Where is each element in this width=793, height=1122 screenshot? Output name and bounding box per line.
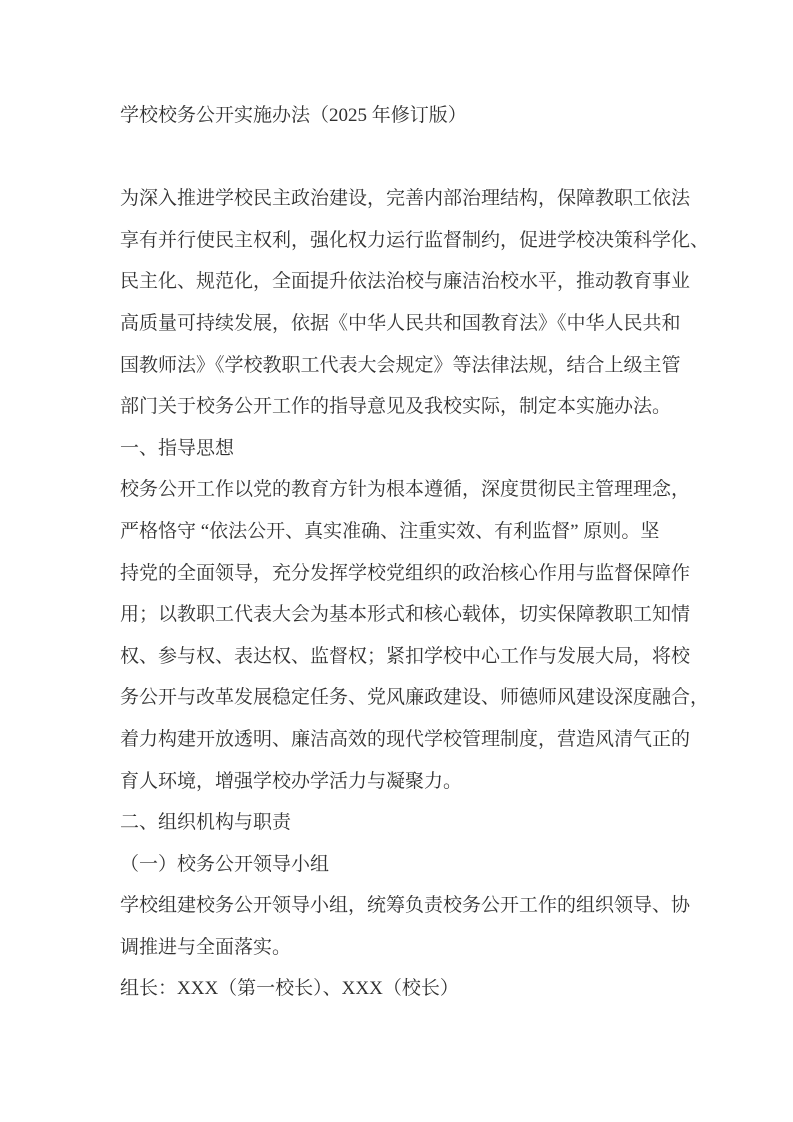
body-text-line: 权、参与权、表达权、监督权；紧扣学校中心工作与发展大局，将校	[120, 636, 720, 678]
body-text-line: 持党的全面领导，充分发挥学校党组织的政治核心作用与监督保障作	[120, 553, 720, 595]
blank-line	[120, 137, 720, 179]
body-text-line: 组长：XXX（第一校长）、XXX（校长）	[120, 968, 720, 1010]
body-text-line: 着力构建开放透明、廉洁高效的现代学校管理制度，营造风清气正的	[120, 719, 720, 761]
body-text-line: 务公开与改革发展稳定任务、党风廉政建设、师德师风建设深度融合，	[120, 677, 720, 719]
body-text-line: 用；以教职工代表大会为基本形式和核心载体，切实保障教职工知情	[120, 594, 720, 636]
document-title: 学校校务公开实施办法（2025 年修订版）	[120, 95, 720, 137]
body-text-line: 调推进与全面落实。	[120, 927, 720, 969]
section-heading: 一、指导思想	[120, 428, 720, 470]
body-text-line: 高质量可持续发展，依据《中华人民共和国教育法》《中华人民共和	[120, 303, 720, 345]
body-text-line: 学校组建校务公开领导小组，统筹负责校务公开工作的组织领导、协	[120, 885, 720, 927]
body-text-line: 享有并行使民主权利，强化权力运行监督制约，促进学校决策科学化、	[120, 220, 720, 262]
body-text-line: 为深入推进学校民主政治建设，完善内部治理结构，保障教职工依法	[120, 178, 720, 220]
body-text-line: 严格恪守 “依法公开、真实准确、注重实效、有利监督” 原则。坚	[120, 511, 720, 553]
section-heading: 二、组织机构与职责	[120, 802, 720, 844]
subsection-heading: （一）校务公开领导小组	[120, 844, 720, 886]
body-text-line: 民主化、规范化，全面提升依法治校与廉洁治校水平，推动教育事业	[120, 261, 720, 303]
document-page: 学校校务公开实施办法（2025 年修订版）为深入推进学校民主政治建设，完善内部治…	[0, 0, 793, 1122]
body-text-line: 校务公开工作以党的教育方针为根本遵循，深度贯彻民主管理理念，	[120, 469, 720, 511]
body-text-line: 部门关于校务公开工作的指导意见及我校实际，制定本实施办法。	[120, 386, 720, 428]
body-text-line: 国教师法》《学校教职工代表大会规定》等法律法规，结合上级主管	[120, 345, 720, 387]
body-text-line: 育人环境，增强学校办学活力与凝聚力。	[120, 761, 720, 803]
document-content: 学校校务公开实施办法（2025 年修订版）为深入推进学校民主政治建设，完善内部治…	[120, 95, 720, 1010]
